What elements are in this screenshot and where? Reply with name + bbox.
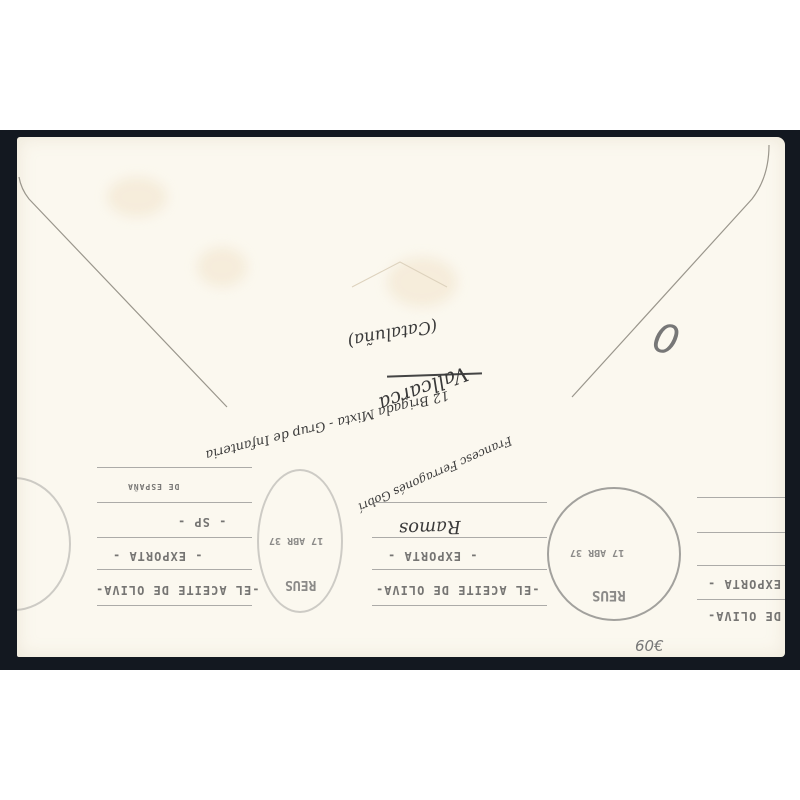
cancel-rule [697,599,785,600]
sender-name: Ramos [399,516,462,539]
postmark-date: 17 ABR 37 [570,547,624,558]
postmark-town: REUS [285,577,316,592]
cancel-rule [97,569,252,570]
cancel-rule [372,569,547,570]
cancel-rule [372,537,547,538]
postmark-town: REUS [592,587,626,603]
cancel-slogan-small: DE ESPAÑA [127,482,179,491]
cancel-rule [97,537,252,538]
cancel-slogan-aceite: -EL ACEITE DE OLIVA- [707,609,785,623]
cancel-rule [697,497,785,498]
cancel-rule [97,467,252,468]
price-mark: 60€ [635,637,664,655]
cancel-slogan-exporta: - EXPORTA - [387,549,477,563]
cancel-rule [97,605,252,606]
cancel-slogan-aceite: -EL ACEITE DE OLIVA- [95,583,260,597]
postmark-date: 17 ABR 37 [269,535,323,546]
cancel-rule [697,565,785,566]
cancel-rule [372,605,547,606]
envelope-back: 0 60€ (Cataluña) Vallcarca 12 Brigada Mi… [17,137,785,657]
cancel-rule [697,532,785,533]
cancel-slogan-exporta: - EXPORTA - [112,549,202,563]
cancel-rule [97,502,252,503]
cancel-slogan-exporta: - EXPORTA - [707,577,785,591]
cancel-rule [372,502,547,503]
cancel-slogan-aceite: -EL ACEITE DE OLIVA- [375,583,540,597]
cancel-slogan-sp: - SP - [177,515,226,529]
